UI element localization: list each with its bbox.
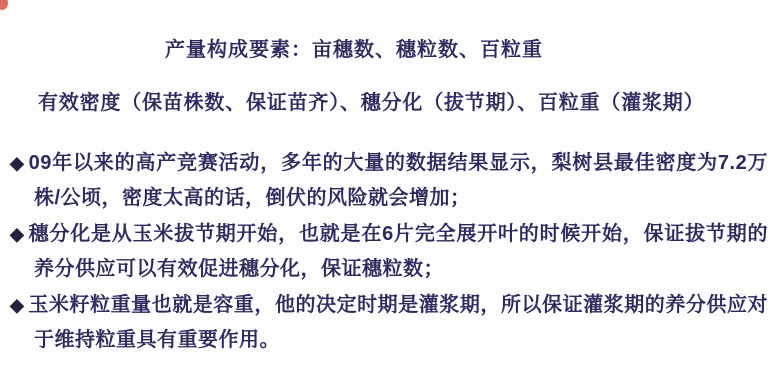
page-subtitle: 有效密度（保苗株数、保证苗齐）、穗分化（拔节期）、百粒重（灌浆期） — [38, 86, 704, 115]
page-title: 产量构成要素：亩穗数、穗粒数、百粒重 — [165, 33, 543, 62]
diamond-bullet-icon: ◆ — [10, 153, 25, 173]
bullet-text: 穗分化是从玉米拔节期开始，也就是在6片完全展开叶的时候开始，保证拔节期的养分供应… — [29, 223, 768, 280]
bullet-item-kernel-weight: ◆玉米籽粒重量也就是容重，他的决定时期是灌浆期，所以保证灌浆期的养分供应对于维持… — [10, 288, 768, 358]
red-corner-dot-icon — [0, 0, 8, 10]
slide-page: 产量构成要素：亩穗数、穗粒数、百粒重 有效密度（保苗株数、保证苗齐）、穗分化（拔… — [0, 0, 776, 386]
bullet-text: 09年以来的高产竞赛活动，多年的大量的数据结果显示，梨树县最佳密度为7.2万株/… — [29, 152, 768, 209]
bullet-text: 玉米籽粒重量也就是容重，他的决定时期是灌浆期，所以保证灌浆期的养分供应对于维持粒… — [28, 294, 768, 351]
diamond-bullet-icon: ◆ — [10, 295, 24, 315]
bullet-item-density: ◆09年以来的高产竞赛活动，多年的大量的数据结果显示，梨树县最佳密度为7.2万株… — [10, 146, 768, 216]
bullet-item-ear-differentiation: ◆穗分化是从玉米拔节期开始，也就是在6片完全展开叶的时候开始，保证拔节期的养分供… — [10, 217, 768, 287]
diamond-bullet-icon: ◆ — [10, 224, 25, 244]
bullet-list: ◆09年以来的高产竞赛活动，多年的大量的数据结果显示，梨树县最佳密度为7.2万株… — [10, 146, 768, 359]
